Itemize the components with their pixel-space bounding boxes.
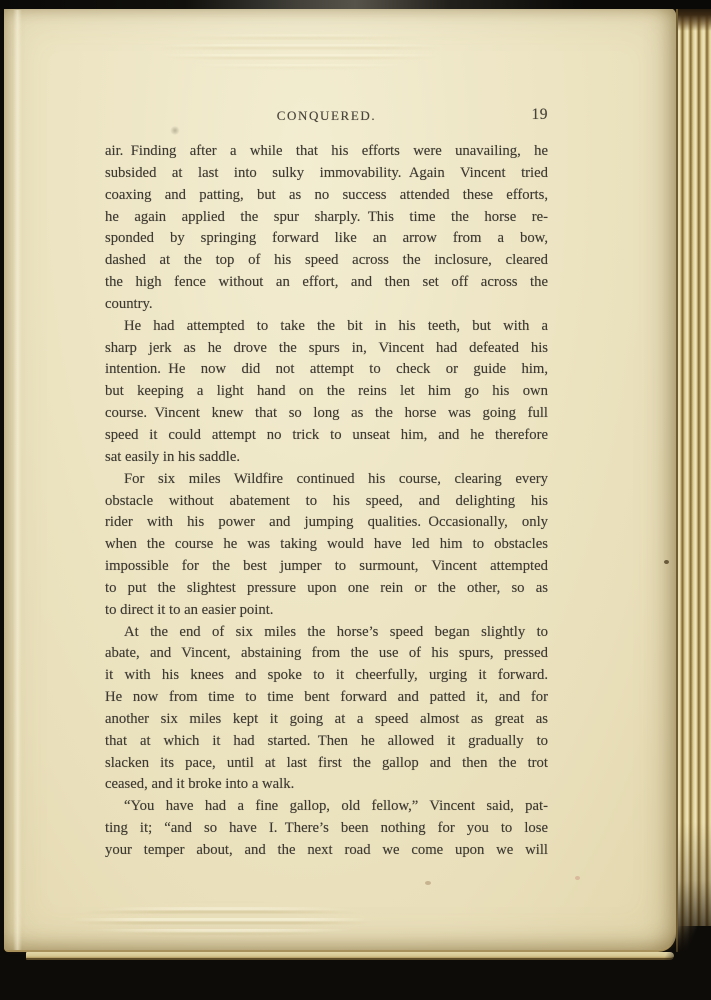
text-line: subsided at last into sulky immovability… <box>105 163 548 185</box>
page-crease <box>13 10 22 950</box>
text-line: speed it could attempt no trick to unsea… <box>105 425 548 447</box>
text-line: course. Vincent knew that so long as the… <box>105 403 548 425</box>
fore-edge-page-stack <box>676 5 711 952</box>
text-line: sat easily in his saddle. <box>105 447 548 469</box>
text-line: your temper about, and the next road we … <box>105 840 548 862</box>
text-line: he again applied the spur sharply. This … <box>105 207 548 229</box>
text-line: For six miles Wildfire continued his cou… <box>105 469 548 491</box>
text-line: He had attempted to take the bit in his … <box>105 316 548 338</box>
text-line: ceased, and it broke into a walk. <box>105 774 548 796</box>
text-line: to put the slightest pressure upon one r… <box>105 578 548 600</box>
text-line: At the end of six miles the horse’s spee… <box>105 622 548 644</box>
paper-speck <box>664 560 669 564</box>
text-line: it with his knees and spoke to it cheerf… <box>105 665 548 687</box>
paper-speck <box>425 881 431 885</box>
text-line: dashed at the top of his speed across th… <box>105 250 548 272</box>
text-line: that at which it had started. Then he al… <box>105 731 548 753</box>
text-line: intention. He now did not attempt to che… <box>105 359 548 381</box>
page-bottom-edge <box>26 952 674 960</box>
text-line: sponded by springing forward like an arr… <box>105 228 548 250</box>
text-line: when the course he was taking would have… <box>105 534 548 556</box>
text-line: obstacle without abatement to his speed,… <box>105 491 548 513</box>
header-title: CONQUERED. <box>105 108 548 124</box>
text-line: but keeping a light hand on the reins le… <box>105 381 548 403</box>
running-header: CONQUERED. 19 <box>105 108 548 128</box>
text-line: coaxing and patting, but as no success a… <box>105 185 548 207</box>
paper-speck <box>575 876 580 880</box>
page-number: 19 <box>532 106 549 124</box>
text-line: sharp jerk as he drove the spurs in, Vin… <box>105 338 548 360</box>
text-line: He now from time to time bent forward an… <box>105 687 548 709</box>
book-scan: CONQUERED. 19 air. Finding after a while… <box>0 0 711 1000</box>
text-line: slacken its pace, until at last first th… <box>105 753 548 775</box>
text-line: country. <box>105 294 548 316</box>
text-line: another six miles kept it going at a spe… <box>105 709 548 731</box>
text-line: rider with his power and jumping qualiti… <box>105 512 548 534</box>
text-line: the high fence without an effort, and th… <box>105 272 548 294</box>
text-line: ting it; “and so have I. There’s been no… <box>105 818 548 840</box>
text-line: to direct it to an easier point. <box>105 600 548 622</box>
corner-shadow <box>638 926 711 1000</box>
text-block: air. Finding after a while that his effo… <box>105 141 548 862</box>
text-line: impossible for the best jumper to surmou… <box>105 556 548 578</box>
text-line: “You have had a fine gallop, old fellow,… <box>105 796 548 818</box>
book-cover-top-edge <box>0 0 711 9</box>
text-line: air. Finding after a while that his effo… <box>105 141 548 163</box>
text-line: abate, and Vincent, abstaining from the … <box>105 643 548 665</box>
